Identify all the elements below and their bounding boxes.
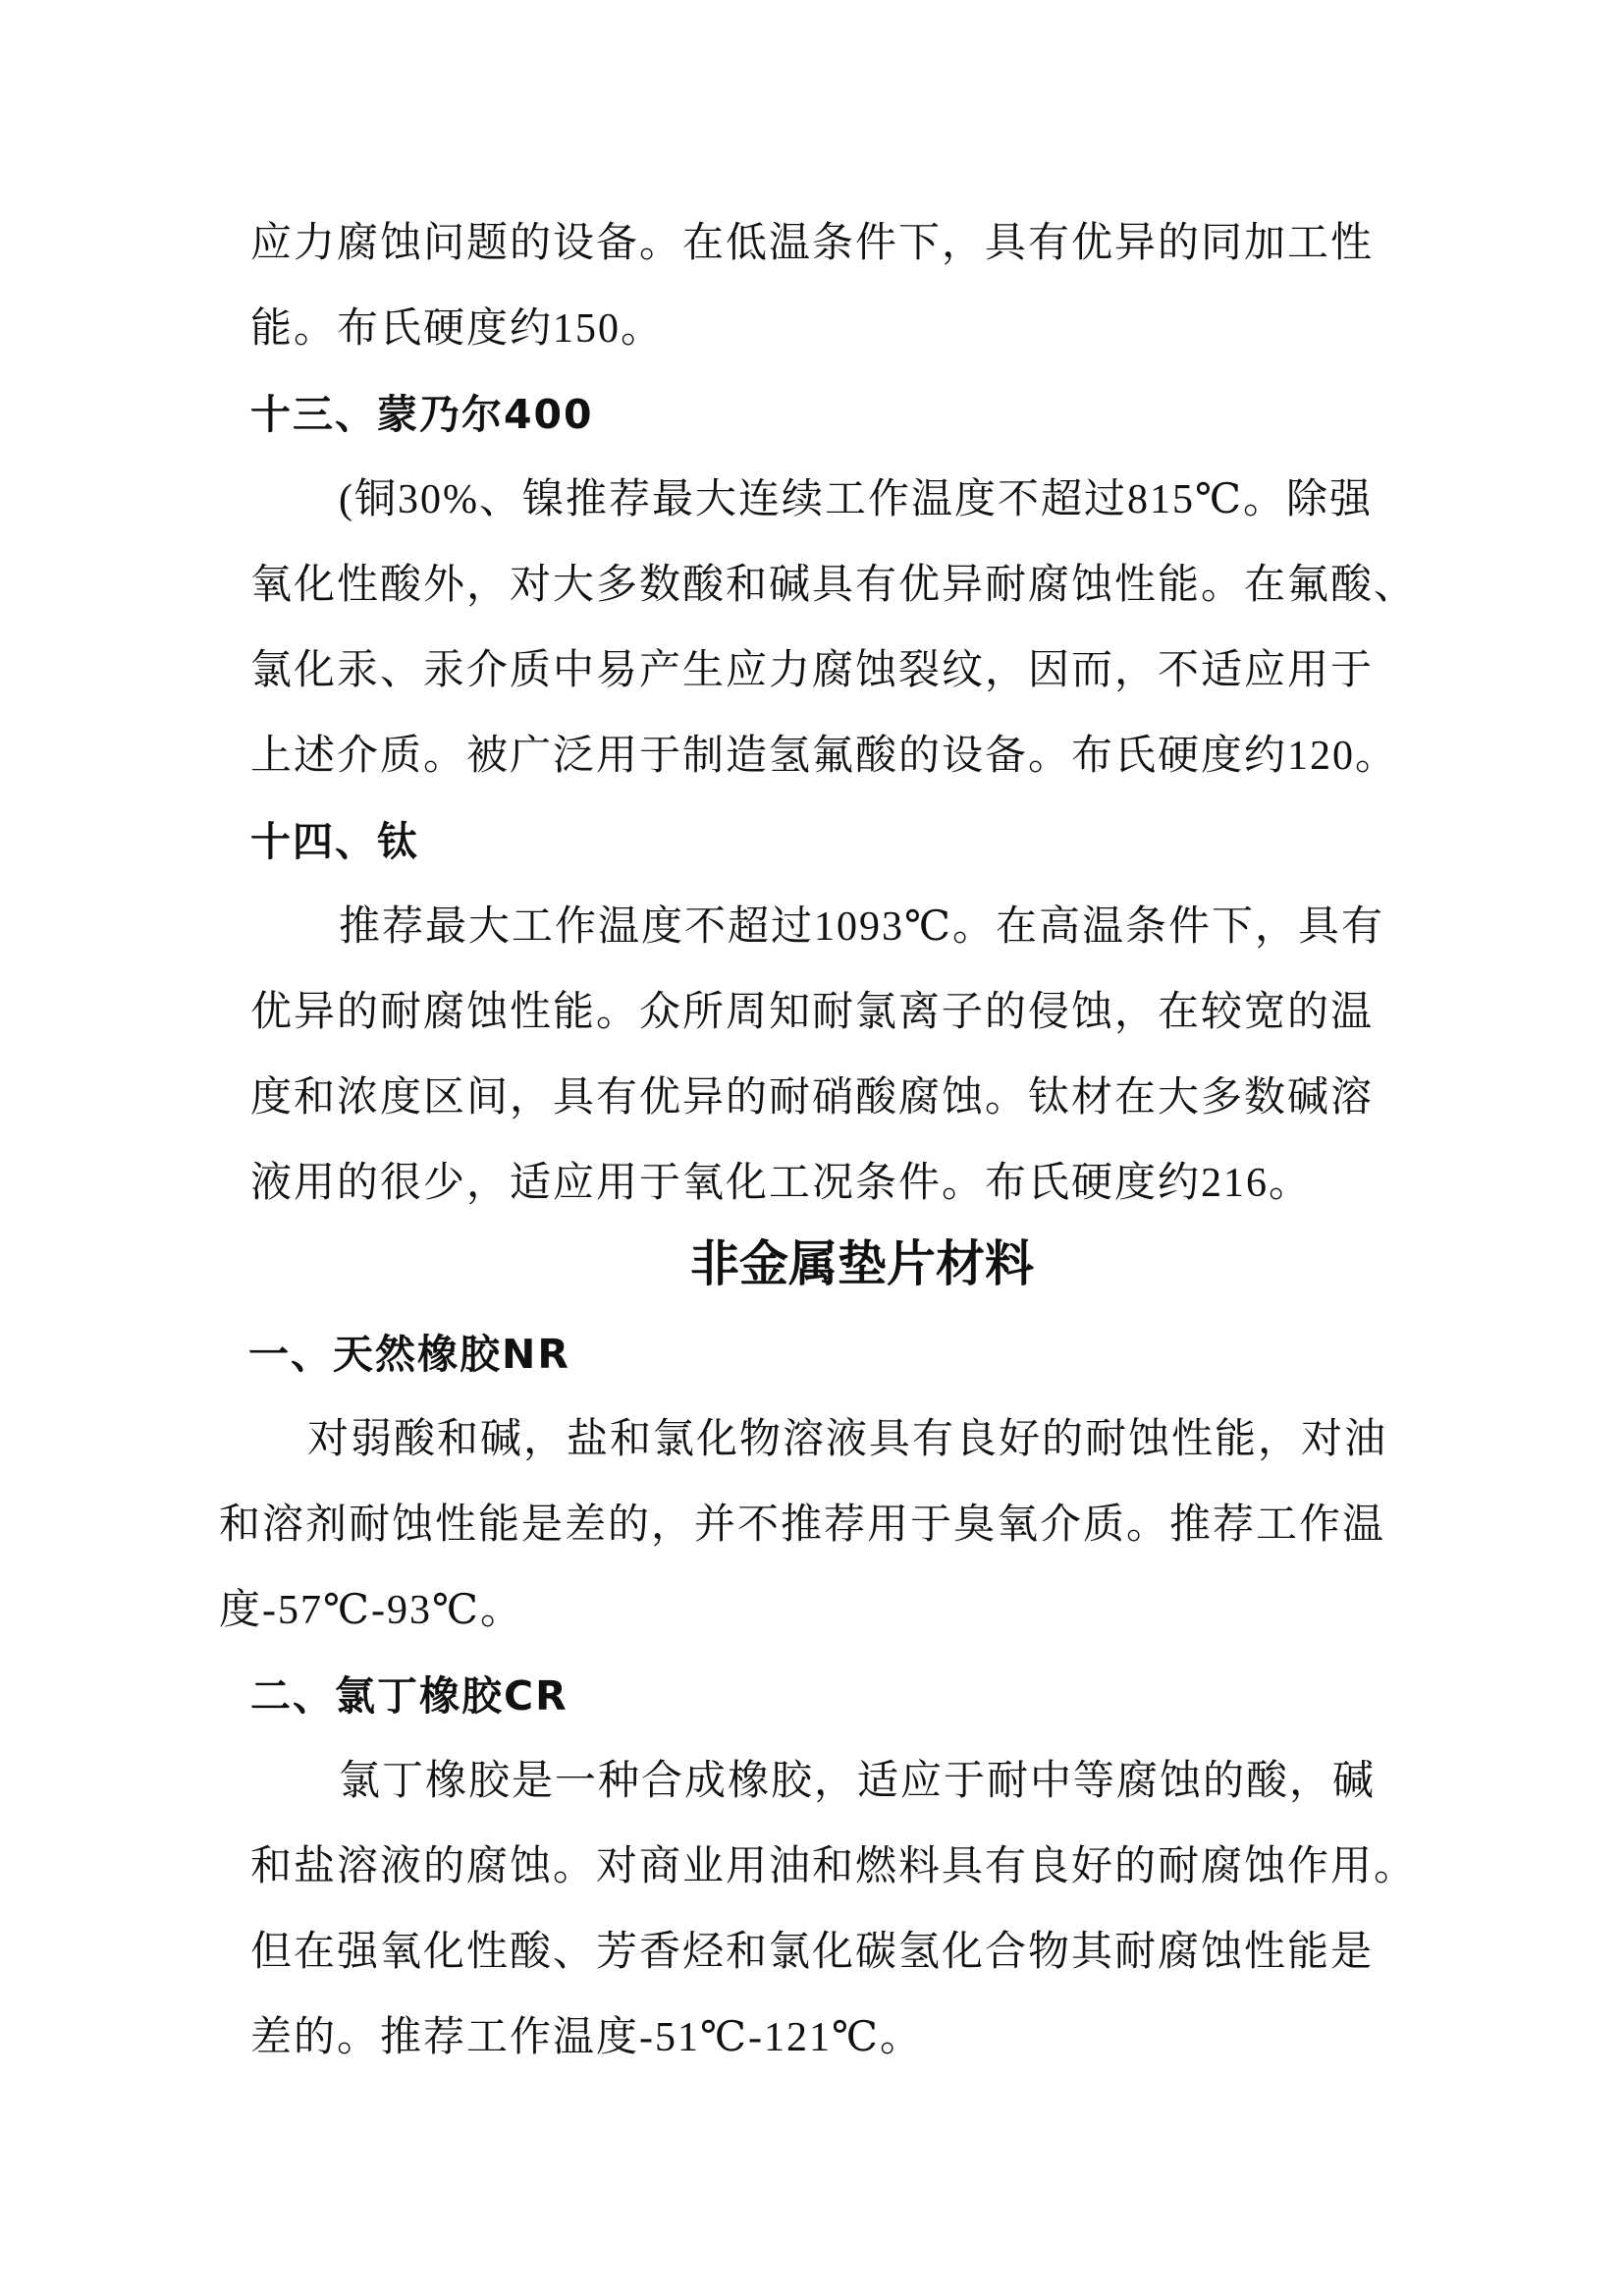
- body-line: 和盐溶液的腐蚀。对商业用油和燃料具有良好的耐腐蚀作用。: [250, 1825, 1417, 1910]
- body-line: 上述介质。被广泛用于制造氢氟酸的设备。布氏硬度约120。: [250, 714, 1398, 799]
- body-line: 对弱酸和碱，盐和氯化物溶液具有良好的耐蚀性能，对油: [307, 1397, 1387, 1483]
- body-line: 度和浓度区间，具有优异的耐硝酸腐蚀。钛材在大多数碱溶: [250, 1056, 1374, 1141]
- body-line: 氯丁橡胶是一种合成橡胶，适应于耐中等腐蚀的酸，碱: [339, 1739, 1376, 1825]
- body-line: 度-57℃-93℃。: [219, 1568, 523, 1654]
- body-line: 差的。推荐工作温度-51℃-121℃。: [250, 1995, 923, 2081]
- body-line: (铜30%、镍推荐最大连续工作温度不超过815℃。除强: [339, 458, 1373, 543]
- body-line: 氯化汞、汞介质中易产生应力腐蚀裂纹，因而，不适应用于: [250, 629, 1374, 714]
- section-heading-monel-400: 十三、蒙乃尔400: [250, 372, 594, 458]
- section-heading-natural-rubber: 一、天然橡胶NR: [248, 1312, 570, 1397]
- body-line: 推荐最大工作温度不超过1093℃。在高温条件下，具有: [339, 885, 1384, 970]
- body-line: 优异的耐腐蚀性能。众所周知耐氯离子的侵蚀，在较宽的温: [250, 970, 1374, 1056]
- body-line: 液用的很少，适应用于氧化工况条件。布氏硬度约216。: [250, 1141, 1312, 1227]
- body-line: 氧化性酸外，对大多数酸和碱具有优异耐腐蚀性能。在氟酸、: [250, 543, 1417, 629]
- section-heading-chloroprene-rubber: 二、氯丁橡胶CR: [250, 1654, 568, 1739]
- body-line: 能。布氏硬度约150。: [250, 287, 664, 372]
- body-line: 应力腐蚀问题的设备。在低温条件下，具有优异的同加工性: [250, 201, 1374, 287]
- page-section-title: 非金属垫片材料: [690, 1222, 1034, 1307]
- section-heading-titanium: 十四、钛: [250, 799, 419, 885]
- body-line: 但在强氧化性酸、芳香烃和氯化碳氢化合物其耐腐蚀性能是: [250, 1910, 1374, 1995]
- body-line: 和溶剂耐蚀性能是差的，并不推荐用于臭氧介质。推荐工作温: [219, 1483, 1385, 1568]
